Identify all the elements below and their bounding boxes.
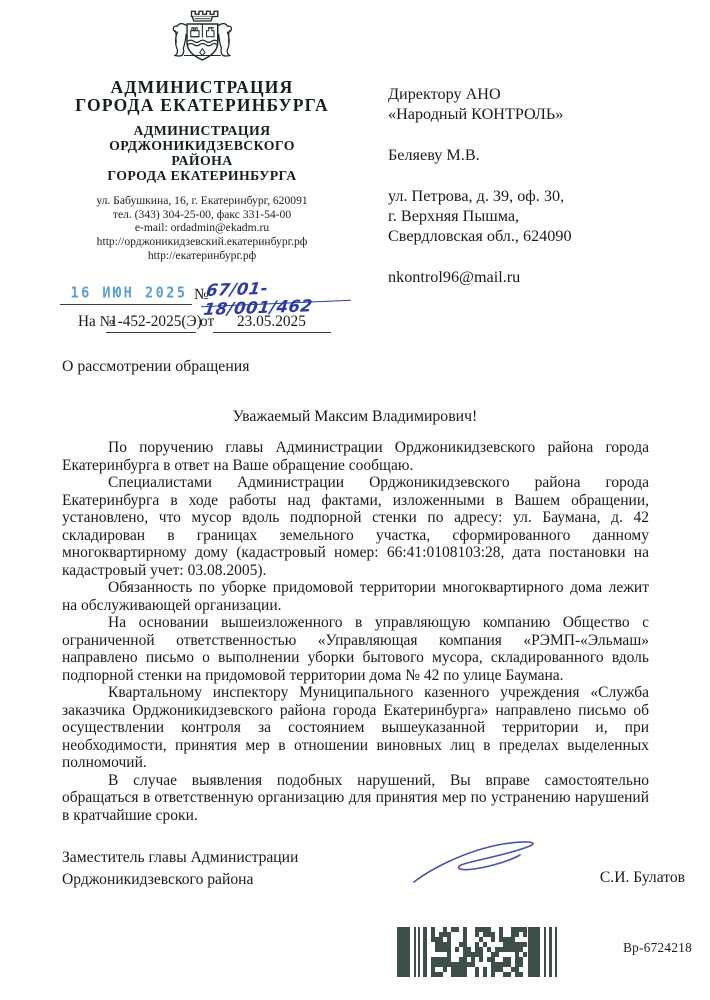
letterhead: АДМИНИСТРАЦИЯ ГОРОДА ЕКАТЕРИНБУРГА АДМИН… bbox=[52, 6, 352, 263]
recipient-address: ул. Петрова, д. 39, оф. 30, г. Верхняя П… bbox=[388, 186, 678, 246]
incoming-date-underline bbox=[213, 332, 331, 333]
signer-name: С.И. Булатов bbox=[530, 869, 685, 887]
incoming-label: На № bbox=[78, 313, 114, 331]
subject-line: О рассмотрении обращения bbox=[62, 358, 250, 376]
registration-date-stamp: 16 ИЮН 2025 bbox=[67, 284, 191, 302]
barcode-label: Вр-6724218 bbox=[600, 940, 692, 956]
salutation: Уважаемый Максим Владимирович! bbox=[62, 408, 648, 426]
signer-title: Заместитель главы Администрации Орджоник… bbox=[62, 847, 298, 890]
paragraph: Квартальному инспектору Муниципального к… bbox=[62, 684, 649, 772]
yekaterinburg-coat-of-arms-icon bbox=[164, 6, 240, 72]
paragraph: Обязанность по уборке придомовой террито… bbox=[62, 579, 649, 614]
incoming-date: 23.05.2025 bbox=[237, 313, 306, 331]
incoming-number: 1-452-2025(Э) bbox=[110, 313, 202, 331]
org-name-city: АДМИНИСТРАЦИЯ ГОРОДА ЕКАТЕРИНБУРГА bbox=[52, 78, 352, 114]
date-underline bbox=[60, 304, 192, 305]
letter-body: По поручению главы Администрации Орджони… bbox=[62, 439, 649, 824]
recipient-email: nkontrol96@mail.ru bbox=[388, 267, 678, 287]
from-label: от bbox=[200, 313, 214, 331]
paragraph: По поручению главы Администрации Орджони… bbox=[62, 439, 649, 474]
document-barcode bbox=[397, 927, 564, 977]
incoming-reference-row: На № 1-452-2025(Э) от 23.05.2025 bbox=[0, 313, 710, 337]
scanned-letter-page: АДМИНИСТРАЦИЯ ГОРОДА ЕКАТЕРИНБУРГА АДМИН… bbox=[0, 0, 710, 1000]
incoming-number-underline bbox=[106, 332, 196, 333]
paragraph: На основании вышеизложенного в управляющ… bbox=[62, 614, 649, 684]
paragraph: В случае выявления подобных нарушений, В… bbox=[62, 772, 649, 825]
recipient-block: Директору АНО «Народный КОНТРОЛЬ» Беляев… bbox=[388, 84, 678, 287]
org-name-district: АДМИНИСТРАЦИЯ ОРДЖОНИКИДЗЕВСКОГО РАЙОНА … bbox=[52, 123, 352, 183]
paragraph: Специалистами Администрации Орджоникидзе… bbox=[62, 474, 649, 579]
recipient-organization: Директору АНО «Народный КОНТРОЛЬ» bbox=[388, 84, 678, 124]
org-contacts: ул. Бабушкина, 16, г. Екатеринбург, 6200… bbox=[52, 194, 352, 263]
recipient-person: Беляеву М.В. bbox=[388, 145, 678, 165]
